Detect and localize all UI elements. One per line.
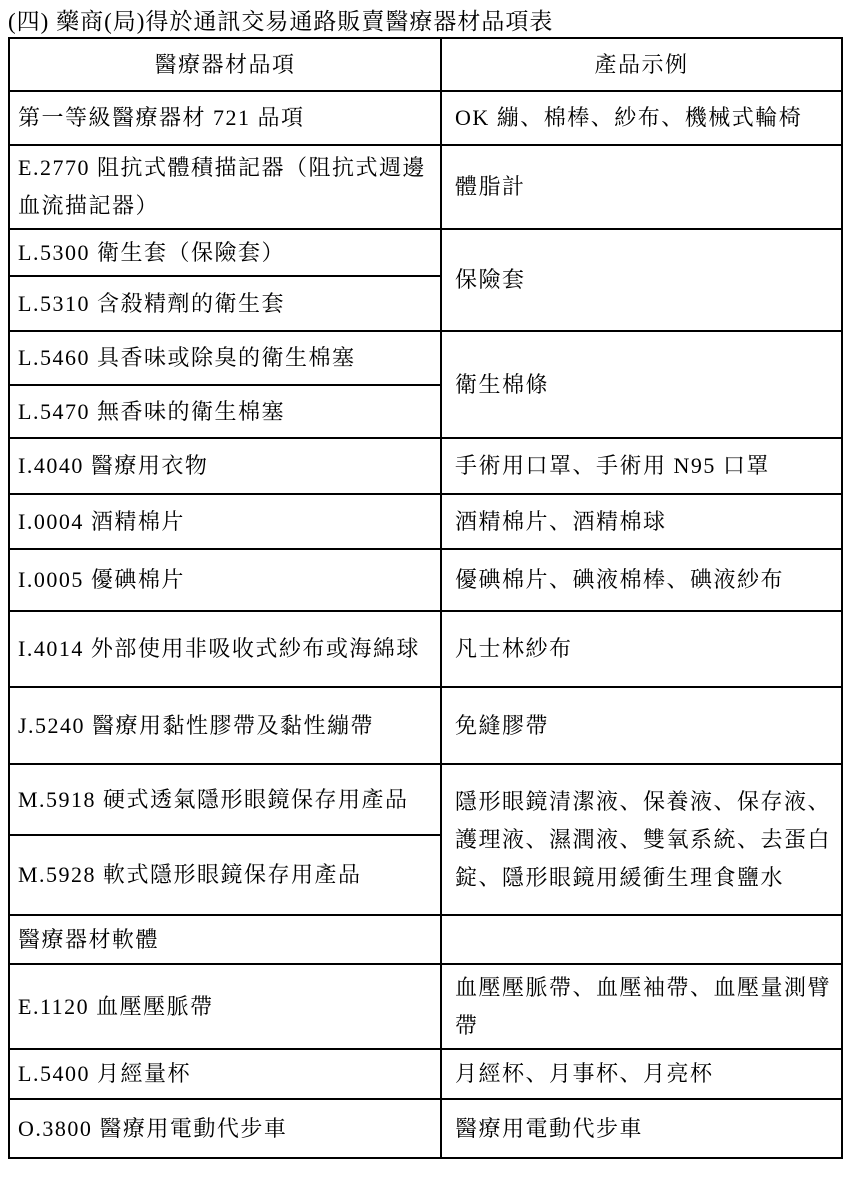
item-cell: M.5928 軟式隱形眼鏡保存用產品 — [9, 835, 441, 915]
example-cell: 醫療用電動代步車 — [441, 1099, 842, 1158]
item-cell: I.4040 醫療用衣物 — [9, 438, 441, 494]
example-cell: 體脂計 — [441, 145, 842, 229]
example-cell: 優碘棉片、碘液棉棒、碘液紗布 — [441, 549, 842, 611]
table-header-row: 醫療器材品項 產品示例 — [9, 38, 842, 91]
table-row: M.5918 硬式透氣隱形眼鏡保存用產品 隱形眼鏡清潔液、保養液、保存液、護理液… — [9, 764, 842, 835]
example-cell-merged: 保險套 — [441, 229, 842, 331]
item-cell: L.5400 月經量杯 — [9, 1049, 441, 1099]
header-example-column: 產品示例 — [441, 38, 842, 91]
example-cell: 血壓壓脈帶、血壓袖帶、血壓量測臂帶 — [441, 964, 842, 1049]
example-cell: OK 繃、棉棒、紗布、機械式輪椅 — [441, 91, 842, 145]
table-row: O.3800 醫療用電動代步車 醫療用電動代步車 — [9, 1099, 842, 1158]
example-cell: 免縫膠帶 — [441, 687, 842, 764]
table-row: E.2770 阻抗式體積描記器（阻抗式週邊血流描記器） 體脂計 — [9, 145, 842, 229]
item-cell: 第一等級醫療器材 721 品項 — [9, 91, 441, 145]
table-row: I.0005 優碘棉片 優碘棉片、碘液棉棒、碘液紗布 — [9, 549, 842, 611]
item-cell: M.5918 硬式透氣隱形眼鏡保存用產品 — [9, 764, 441, 835]
medical-device-table: 醫療器材品項 產品示例 第一等級醫療器材 721 品項 OK 繃、棉棒、紗布、機… — [8, 37, 843, 1159]
table-row: I.4014 外部使用非吸收式紗布或海綿球 凡士林紗布 — [9, 611, 842, 687]
example-cell-merged: 隱形眼鏡清潔液、保養液、保存液、護理液、濕潤液、雙氧系統、去蛋白錠、隱形眼鏡用緩… — [441, 764, 842, 915]
table-row: L.5300 衛生套（保險套） 保險套 — [9, 229, 842, 276]
example-cell: 凡士林紗布 — [441, 611, 842, 687]
item-cell: E.2770 阻抗式體積描記器（阻抗式週邊血流描記器） — [9, 145, 441, 229]
table-row: 第一等級醫療器材 721 品項 OK 繃、棉棒、紗布、機械式輪椅 — [9, 91, 842, 145]
item-cell: I.0004 酒精棉片 — [9, 494, 441, 549]
table-row: I.4040 醫療用衣物 手術用口罩、手術用 N95 口罩 — [9, 438, 842, 494]
item-cell: L.5460 具香味或除臭的衛生棉塞 — [9, 331, 441, 385]
example-cell: 手術用口罩、手術用 N95 口罩 — [441, 438, 842, 494]
item-cell: I.4014 外部使用非吸收式紗布或海綿球 — [9, 611, 441, 687]
example-cell: 月經杯、月事杯、月亮杯 — [441, 1049, 842, 1099]
table-row: L.5400 月經量杯 月經杯、月事杯、月亮杯 — [9, 1049, 842, 1099]
item-cell: L.5300 衛生套（保險套） — [9, 229, 441, 276]
item-cell: 醫療器材軟體 — [9, 915, 441, 964]
page-title: (四) 藥商(局)得於通訊交易通路販賣醫療器材品項表 — [8, 3, 553, 36]
example-cell-merged: 衛生棉條 — [441, 331, 842, 438]
item-cell: I.0005 優碘棉片 — [9, 549, 441, 611]
item-cell: L.5470 無香味的衛生棉塞 — [9, 385, 441, 438]
document-page: (四) 藥商(局)得於通訊交易通路販賣醫療器材品項表 醫療器材品項 產品示例 第… — [0, 0, 849, 1200]
item-cell: J.5240 醫療用黏性膠帶及黏性繃帶 — [9, 687, 441, 764]
table-row: L.5460 具香味或除臭的衛生棉塞 衛生棉條 — [9, 331, 842, 385]
example-cell-empty — [441, 915, 842, 964]
table-row: E.1120 血壓壓脈帶 血壓壓脈帶、血壓袖帶、血壓量測臂帶 — [9, 964, 842, 1049]
table-row: I.0004 酒精棉片 酒精棉片、酒精棉球 — [9, 494, 842, 549]
item-cell: E.1120 血壓壓脈帶 — [9, 964, 441, 1049]
table-row: J.5240 醫療用黏性膠帶及黏性繃帶 免縫膠帶 — [9, 687, 842, 764]
header-item-column: 醫療器材品項 — [9, 38, 441, 91]
table-row: 醫療器材軟體 — [9, 915, 842, 964]
item-cell: L.5310 含殺精劑的衛生套 — [9, 276, 441, 331]
example-cell: 酒精棉片、酒精棉球 — [441, 494, 842, 549]
item-cell: O.3800 醫療用電動代步車 — [9, 1099, 441, 1158]
